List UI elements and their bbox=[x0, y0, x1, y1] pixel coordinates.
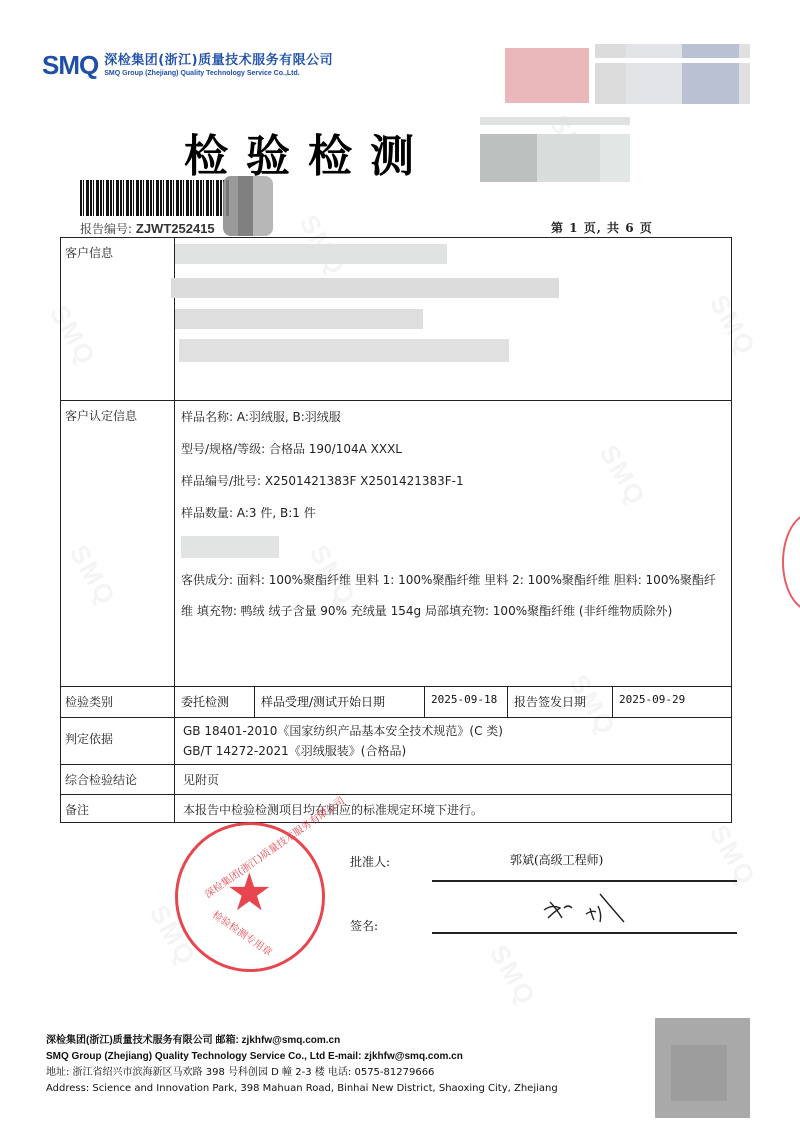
start-date-label: 样品受理/测试开始日期 bbox=[255, 687, 425, 717]
footer-line: SMQ Group (Zhejiang) Quality Technology … bbox=[46, 1049, 558, 1065]
basis-standard: GB/T 14272-2021《羽绒服装》(合格品) bbox=[183, 741, 723, 761]
redacted-block bbox=[505, 48, 589, 103]
redacted-qr-code bbox=[655, 1018, 750, 1118]
inspection-type-label: 检验类别 bbox=[61, 687, 175, 717]
report-table: 客户信息 客户认定信息 样品名称: A:羽绒服, B:羽绒服 型号/规格/等级:… bbox=[60, 237, 732, 823]
redacted-line bbox=[175, 309, 423, 329]
sample-quantity: 样品数量: A:3 件, B:1 件 bbox=[181, 497, 725, 529]
report-number: 报告编号: ZJWT252415 bbox=[80, 220, 215, 237]
redacted-block bbox=[480, 117, 630, 125]
composition: 客供成分: 面料: 100%聚酯纤维 里料 1: 100%聚酯纤维 里料 2: … bbox=[181, 565, 725, 627]
redacted-block bbox=[480, 134, 630, 182]
redacted-block bbox=[595, 63, 750, 104]
redacted-line bbox=[179, 339, 509, 362]
conclusion-label: 综合检验结论 bbox=[61, 765, 175, 794]
customer-info-label: 客户信息 bbox=[61, 238, 175, 400]
issue-date-label: 报告签发日期 bbox=[508, 687, 613, 717]
divider bbox=[432, 932, 737, 934]
sample-batch: 样品编号/批号: X2501421383F X2501421383F-1 bbox=[181, 465, 725, 497]
row-basis: 判定依据 GB 18401-2010《国家纺织产品基本安全技术规范》(C 类) … bbox=[61, 717, 731, 764]
issue-date-value: 2025-09-29 bbox=[613, 687, 731, 717]
official-stamp: ★ 深检集团(浙江)质量技术服务有限公司 检验检测专用章 bbox=[175, 822, 325, 972]
row-customer-info: 客户信息 bbox=[61, 238, 731, 400]
remarks-label: 备注 bbox=[61, 795, 175, 822]
row-customer-declared: 客户认定信息 样品名称: A:羽绒服, B:羽绒服 型号/规格/等级: 合格品 … bbox=[61, 400, 731, 686]
model-spec: 型号/规格/等级: 合格品 190/104A XXXL bbox=[181, 433, 725, 465]
handwritten-signature bbox=[540, 888, 650, 934]
sample-name: 样品名称: A:羽绒服, B:羽绒服 bbox=[181, 401, 725, 433]
conclusion-value: 见附页 bbox=[175, 765, 731, 794]
watermark: SMQ bbox=[483, 940, 542, 1012]
partial-stamp bbox=[782, 512, 800, 612]
redacted-block bbox=[223, 176, 273, 236]
redacted-line bbox=[175, 244, 447, 264]
basis-standard: GB 18401-2010《国家纺织产品基本安全技术规范》(C 类) bbox=[183, 721, 723, 741]
redacted-line bbox=[171, 278, 559, 298]
document-title: 检验检测 bbox=[184, 120, 432, 184]
footer-line: 地址: 浙江省绍兴市滨海新区马欢路 398 号科创园 D 幢 2-3 楼 电话:… bbox=[46, 1065, 558, 1081]
row-conclusion: 综合检验结论 见附页 bbox=[61, 764, 731, 794]
company-name-en: SMQ Group (Zhejiang) Quality Technology … bbox=[104, 69, 333, 79]
approver-label: 批准人: bbox=[350, 853, 390, 870]
remarks-value: 本报告中检验检测项目均在相应的标准规定环境下进行。 bbox=[175, 795, 731, 822]
inspection-type-value: 委托检测 bbox=[175, 687, 255, 717]
redacted-block bbox=[595, 44, 750, 58]
report-number-label: 报告编号: bbox=[80, 222, 132, 236]
footer-line: 深检集团(浙江)质量技术服务有限公司 邮箱: zjkhfw@smq.com.cn bbox=[46, 1033, 558, 1049]
footer: 深检集团(浙江)质量技术服务有限公司 邮箱: zjkhfw@smq.com.cn… bbox=[46, 1033, 558, 1097]
row-remarks: 备注 本报告中检验检测项目均在相应的标准规定环境下进行。 bbox=[61, 794, 731, 822]
footer-line: Address: Science and Innovation Park, 39… bbox=[46, 1081, 558, 1097]
company-logo: SMQ 深检集团(浙江)质量技术服务有限公司 SMQ Group (Zhejia… bbox=[42, 50, 333, 81]
company-name-cn: 深检集团(浙江)质量技术服务有限公司 bbox=[104, 53, 333, 69]
report-number-value: ZJWT252415 bbox=[136, 221, 215, 236]
start-date-value: 2025-09-18 bbox=[425, 687, 508, 717]
customer-declared-label: 客户认定信息 bbox=[61, 401, 175, 686]
logo-mark: SMQ bbox=[42, 50, 98, 81]
barcode bbox=[80, 180, 230, 216]
page-indicator: 第 1 页, 共 6 页 bbox=[551, 219, 653, 236]
signature-label: 签名: bbox=[350, 917, 378, 934]
redacted-line bbox=[181, 536, 279, 558]
row-inspection-type: 检验类别 委托检测 样品受理/测试开始日期 2025-09-18 报告签发日期 … bbox=[61, 686, 731, 717]
divider bbox=[432, 880, 737, 882]
basis-label: 判定依据 bbox=[61, 718, 175, 764]
approver-name: 郭斌(高级工程师) bbox=[510, 851, 603, 868]
